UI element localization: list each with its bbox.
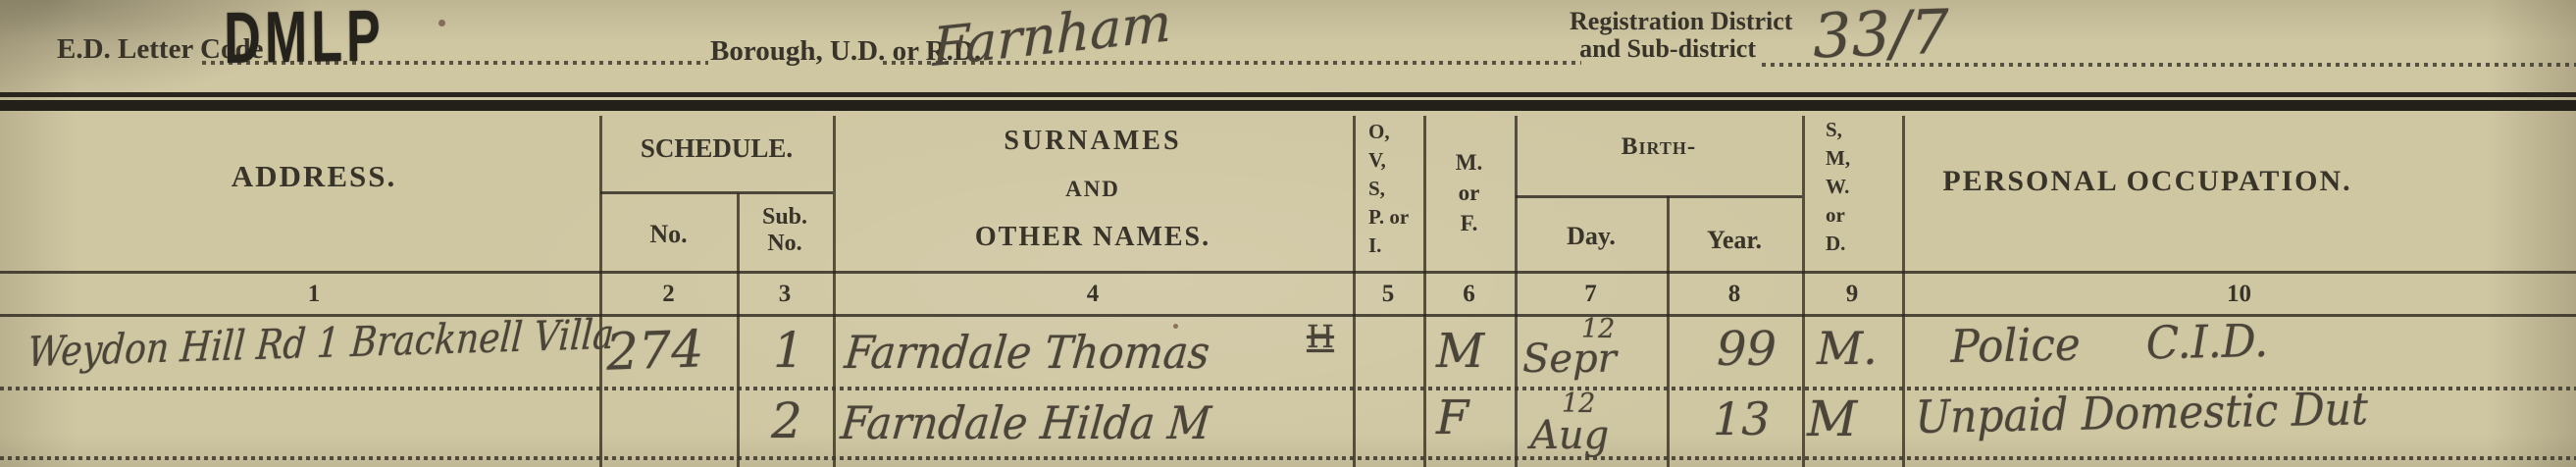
paper-speck	[438, 20, 445, 26]
col-header-surnames-line3: OTHER NAMES.	[833, 222, 1353, 253]
row1-name-annotation: H	[1307, 318, 1334, 355]
birth-subheader-line	[1516, 195, 1802, 198]
column-number-5: 5	[1353, 281, 1423, 308]
row2-marital-status: M	[1807, 390, 1857, 447]
col-header-surnames-line1: SURNAMES	[833, 126, 1353, 157]
header-divider-rule	[0, 92, 2576, 115]
sex-header-line: M.	[1423, 147, 1515, 178]
sex-header-line: F.	[1423, 208, 1515, 238]
col-header-birth-day: Day.	[1516, 222, 1667, 251]
row1-address: Weydon Hill Rd 1 Bracknell Villa	[26, 310, 616, 376]
column-number-4: 4	[833, 281, 1353, 308]
row1-birth-month: Sepr	[1522, 337, 1617, 382]
schedule-sub-no-line2: No.	[737, 231, 833, 257]
column-number-2: 2	[600, 281, 737, 308]
register-scan-page: E.D. Letter Code DMLP Borough, U.D. or R…	[0, 0, 2576, 467]
schedule-sub-no-line1: Sub.	[737, 204, 833, 231]
borough-handwritten-value: Farnham	[933, 0, 1171, 78]
column-number-6: 6	[1423, 281, 1515, 308]
row1-birth-day: 12 Sepr	[1522, 314, 1617, 382]
column-number-1: 1	[39, 281, 589, 308]
marital-header-line: D.	[1826, 230, 1926, 258]
col-header-schedule-sub-no: Sub. No.	[737, 204, 833, 257]
row1-occupation: Police C.I.D.	[1950, 314, 2268, 373]
registration-district-label: Registration District and Sub-district	[1570, 8, 1756, 63]
marital-header-line: or	[1826, 201, 1926, 230]
registration-handwritten-value: 33/7	[1812, 0, 1951, 72]
marital-header-line: S,	[1826, 116, 1926, 144]
col-header-surnames-line2: AND	[833, 177, 1353, 202]
sex-header-line: or	[1423, 178, 1515, 208]
column-number-8: 8	[1667, 281, 1802, 308]
row1-sex: M	[1436, 324, 1484, 379]
row2-birth-year: 13	[1713, 392, 1771, 445]
column-number-9: 9	[1802, 281, 1902, 308]
row2-occupation: Unpaid Domestic Dut	[1915, 382, 2368, 443]
row2-name: Farndale Hilda M	[839, 396, 1213, 449]
row1-sub-number: 1	[773, 322, 804, 379]
header-bottom-line	[0, 271, 2576, 274]
col-header-birth: Birth-	[1516, 133, 1802, 161]
column-number-3: 3	[737, 281, 833, 308]
col-header-birth-year: Year.	[1667, 226, 1802, 255]
schedule-subheader-line	[600, 191, 833, 194]
ovspi-line: O,	[1368, 118, 1439, 146]
ed-letter-code-stamp: DMLP	[224, 0, 385, 79]
row1-birth-year: 99	[1717, 322, 1777, 377]
column-number-7: 7	[1515, 281, 1667, 308]
row1-name: Farndale Thomas	[843, 326, 1212, 379]
row2-sex: F	[1436, 390, 1468, 445]
row2-birth-day: 12 Aug	[1530, 389, 1609, 458]
col-header-address: ADDRESS.	[39, 159, 589, 194]
row-separator-dotted	[0, 456, 2576, 460]
row1-schedule-number: 274	[605, 320, 704, 382]
row2-birth-month: Aug	[1530, 413, 1609, 458]
col-header-schedule-no: No.	[600, 220, 737, 249]
col-header-schedule: SCHEDULE.	[600, 133, 833, 164]
row2-sub-number: 2	[771, 392, 802, 449]
registration-district-label-line2: and Sub-district	[1570, 35, 1756, 63]
row1-marital-status: M.	[1817, 322, 1878, 375]
registration-district-label-line1: Registration District	[1570, 8, 1756, 35]
col-header-sex: M. or F.	[1423, 147, 1515, 238]
col-header-occupation: PERSONAL OCCUPATION.	[1902, 165, 2393, 198]
column-number-10: 10	[1902, 281, 2576, 308]
